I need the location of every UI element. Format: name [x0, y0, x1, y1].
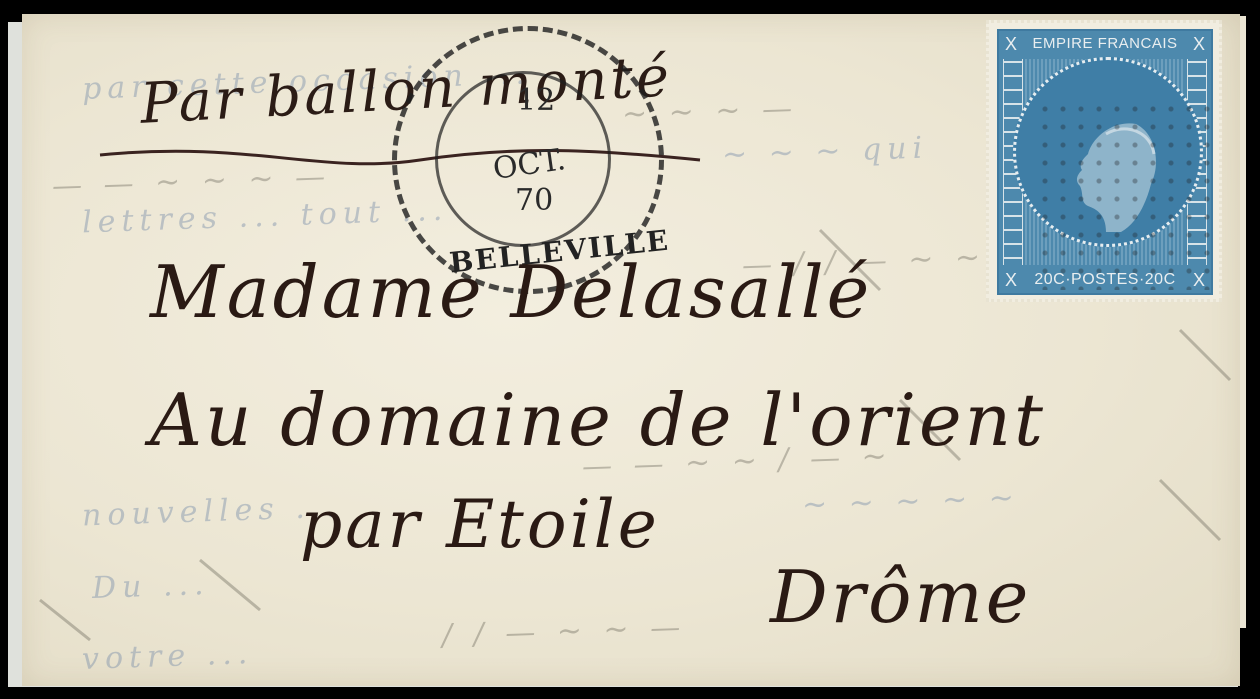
background-writing-line: Du ...: [91, 567, 210, 606]
numeral-cancel-dots: [1036, 100, 1216, 290]
background-writing-line: ~ ~ ~ qui: [721, 130, 928, 172]
address-department: Drôme: [770, 555, 1031, 639]
postage-stamp: X EMPIRE FRANCAIS X X 20C·POSTES·20C X: [986, 20, 1222, 302]
stamp-design: X EMPIRE FRANCAIS X X 20C·POSTES·20C X: [997, 29, 1213, 295]
background-writing-line: votre ...: [81, 636, 253, 677]
stamp-portrait-circle: [1013, 57, 1203, 247]
postmark-day: 12: [517, 83, 555, 118]
address-estate: Au domaine de l'orient: [150, 378, 1046, 462]
address-town: par Etoile: [300, 486, 660, 563]
stamp-top-inscription: EMPIRE FRANCAIS: [1021, 33, 1189, 55]
background-writing-line: ~ ~ ~ ~ ~: [801, 480, 1020, 523]
stamp-corner-x: X: [1189, 33, 1209, 55]
background-writing-line: / / — ~ ~ —: [441, 610, 686, 654]
postmark-year: 70: [515, 183, 553, 218]
address-recipient: Madame Delasallé: [150, 250, 872, 334]
stamp-bottom-inscription: 20C·POSTES·20C: [1021, 269, 1189, 291]
stamp-corner-x: X: [1001, 33, 1021, 55]
stamp-corner-x: X: [1189, 269, 1209, 291]
stamp-corner-x: X: [1001, 269, 1021, 291]
